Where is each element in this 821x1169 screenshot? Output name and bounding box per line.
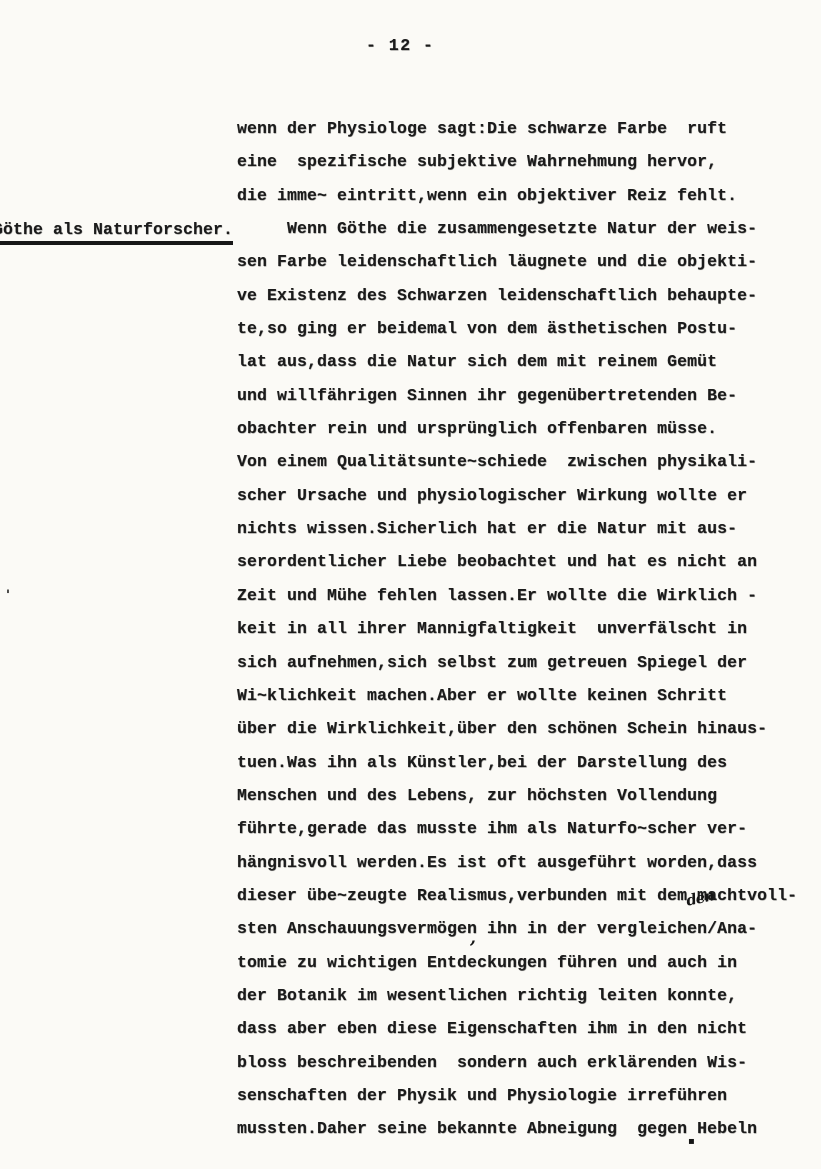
text-line: die imme~ eintritt,wenn ein objektiver R… xyxy=(237,179,797,212)
text-line: ve Existenz des Schwarzen leidenschaftli… xyxy=(237,279,797,312)
text-line: te,so ging er beidemal von dem ästhetisc… xyxy=(237,312,797,345)
text-line: wenn der Physiologe sagt:Die schwarze Fa… xyxy=(237,112,797,145)
text-line: mussten.Daher seine bekannte Abneigung g… xyxy=(237,1112,797,1145)
text-line: Zeit und Mühe fehlen lassen.Er wollte di… xyxy=(237,579,797,612)
text-line: über die Wirklichkeit,über den schönen S… xyxy=(237,712,797,745)
text-line: serordentlicher Liebe beobachtet und hat… xyxy=(237,545,797,578)
handwritten-bottom-mark: ▪ xyxy=(688,1136,695,1147)
text-line: hängnisvoll werden.Es ist oft ausgeführt… xyxy=(237,846,797,879)
handwritten-comma-mark: , xyxy=(470,928,476,948)
text-line: Wenn Göthe die zusammengesetzte Natur de… xyxy=(237,212,797,245)
text-line: und willfährigen Sinnen ihr gegenübertre… xyxy=(237,379,797,412)
text-line: der Botanik im wesentlichen richtig leit… xyxy=(237,979,797,1012)
text-line: obachter rein und ursprünglich offenbare… xyxy=(237,412,797,445)
text-line: sich aufnehmen,sich selbst zum getreuen … xyxy=(237,646,797,679)
body-text: wenn der Physiologe sagt:Die schwarze Fa… xyxy=(237,112,797,1146)
typescript-page: - 12 - Göthe als Naturforscher. wenn der… xyxy=(0,0,821,1169)
text-line: nichts wissen.Sicherlich hat er die Natu… xyxy=(237,512,797,545)
text-line: bloss beschreibenden sondern auch erklär… xyxy=(237,1046,797,1079)
text-line: dass aber eben diese Eigenschaften ihm i… xyxy=(237,1012,797,1045)
text-line: sen Farbe leidenschaftlich läugnete und … xyxy=(237,245,797,278)
text-line: senschaften der Physik und Physiologie i… xyxy=(237,1079,797,1112)
text-line: eine spezifische subjektive Wahrnehmung … xyxy=(237,145,797,178)
text-line: tomie zu wichtigen Entdeckungen führen u… xyxy=(237,946,797,979)
text-line: sten Anschauungsvermögen ihn in der verg… xyxy=(237,912,797,945)
text-line: Von einem Qualitätsunte~schiede zwischen… xyxy=(237,445,797,478)
text-line: Wi~klichkeit machen.Aber er wollte keine… xyxy=(237,679,797,712)
text-line: lat aus,dass die Natur sich dem mit rein… xyxy=(237,345,797,378)
text-line: scher Ursache und physiologischer Wirkun… xyxy=(237,479,797,512)
text-line: tuen.Was ihn als Künstler,bei der Darste… xyxy=(237,746,797,779)
text-line: Menschen und des Lebens, zur höchsten Vo… xyxy=(237,779,797,812)
stray-ink-mark: ' xyxy=(6,588,10,603)
text-line: keit in all ihrer Mannigfaltigkeit unver… xyxy=(237,612,797,645)
margin-note-heading: Göthe als Naturforscher. xyxy=(0,220,233,245)
text-line: führte,gerade das musste ihm als Naturfo… xyxy=(237,812,797,845)
page-number: - 12 - xyxy=(366,36,434,55)
